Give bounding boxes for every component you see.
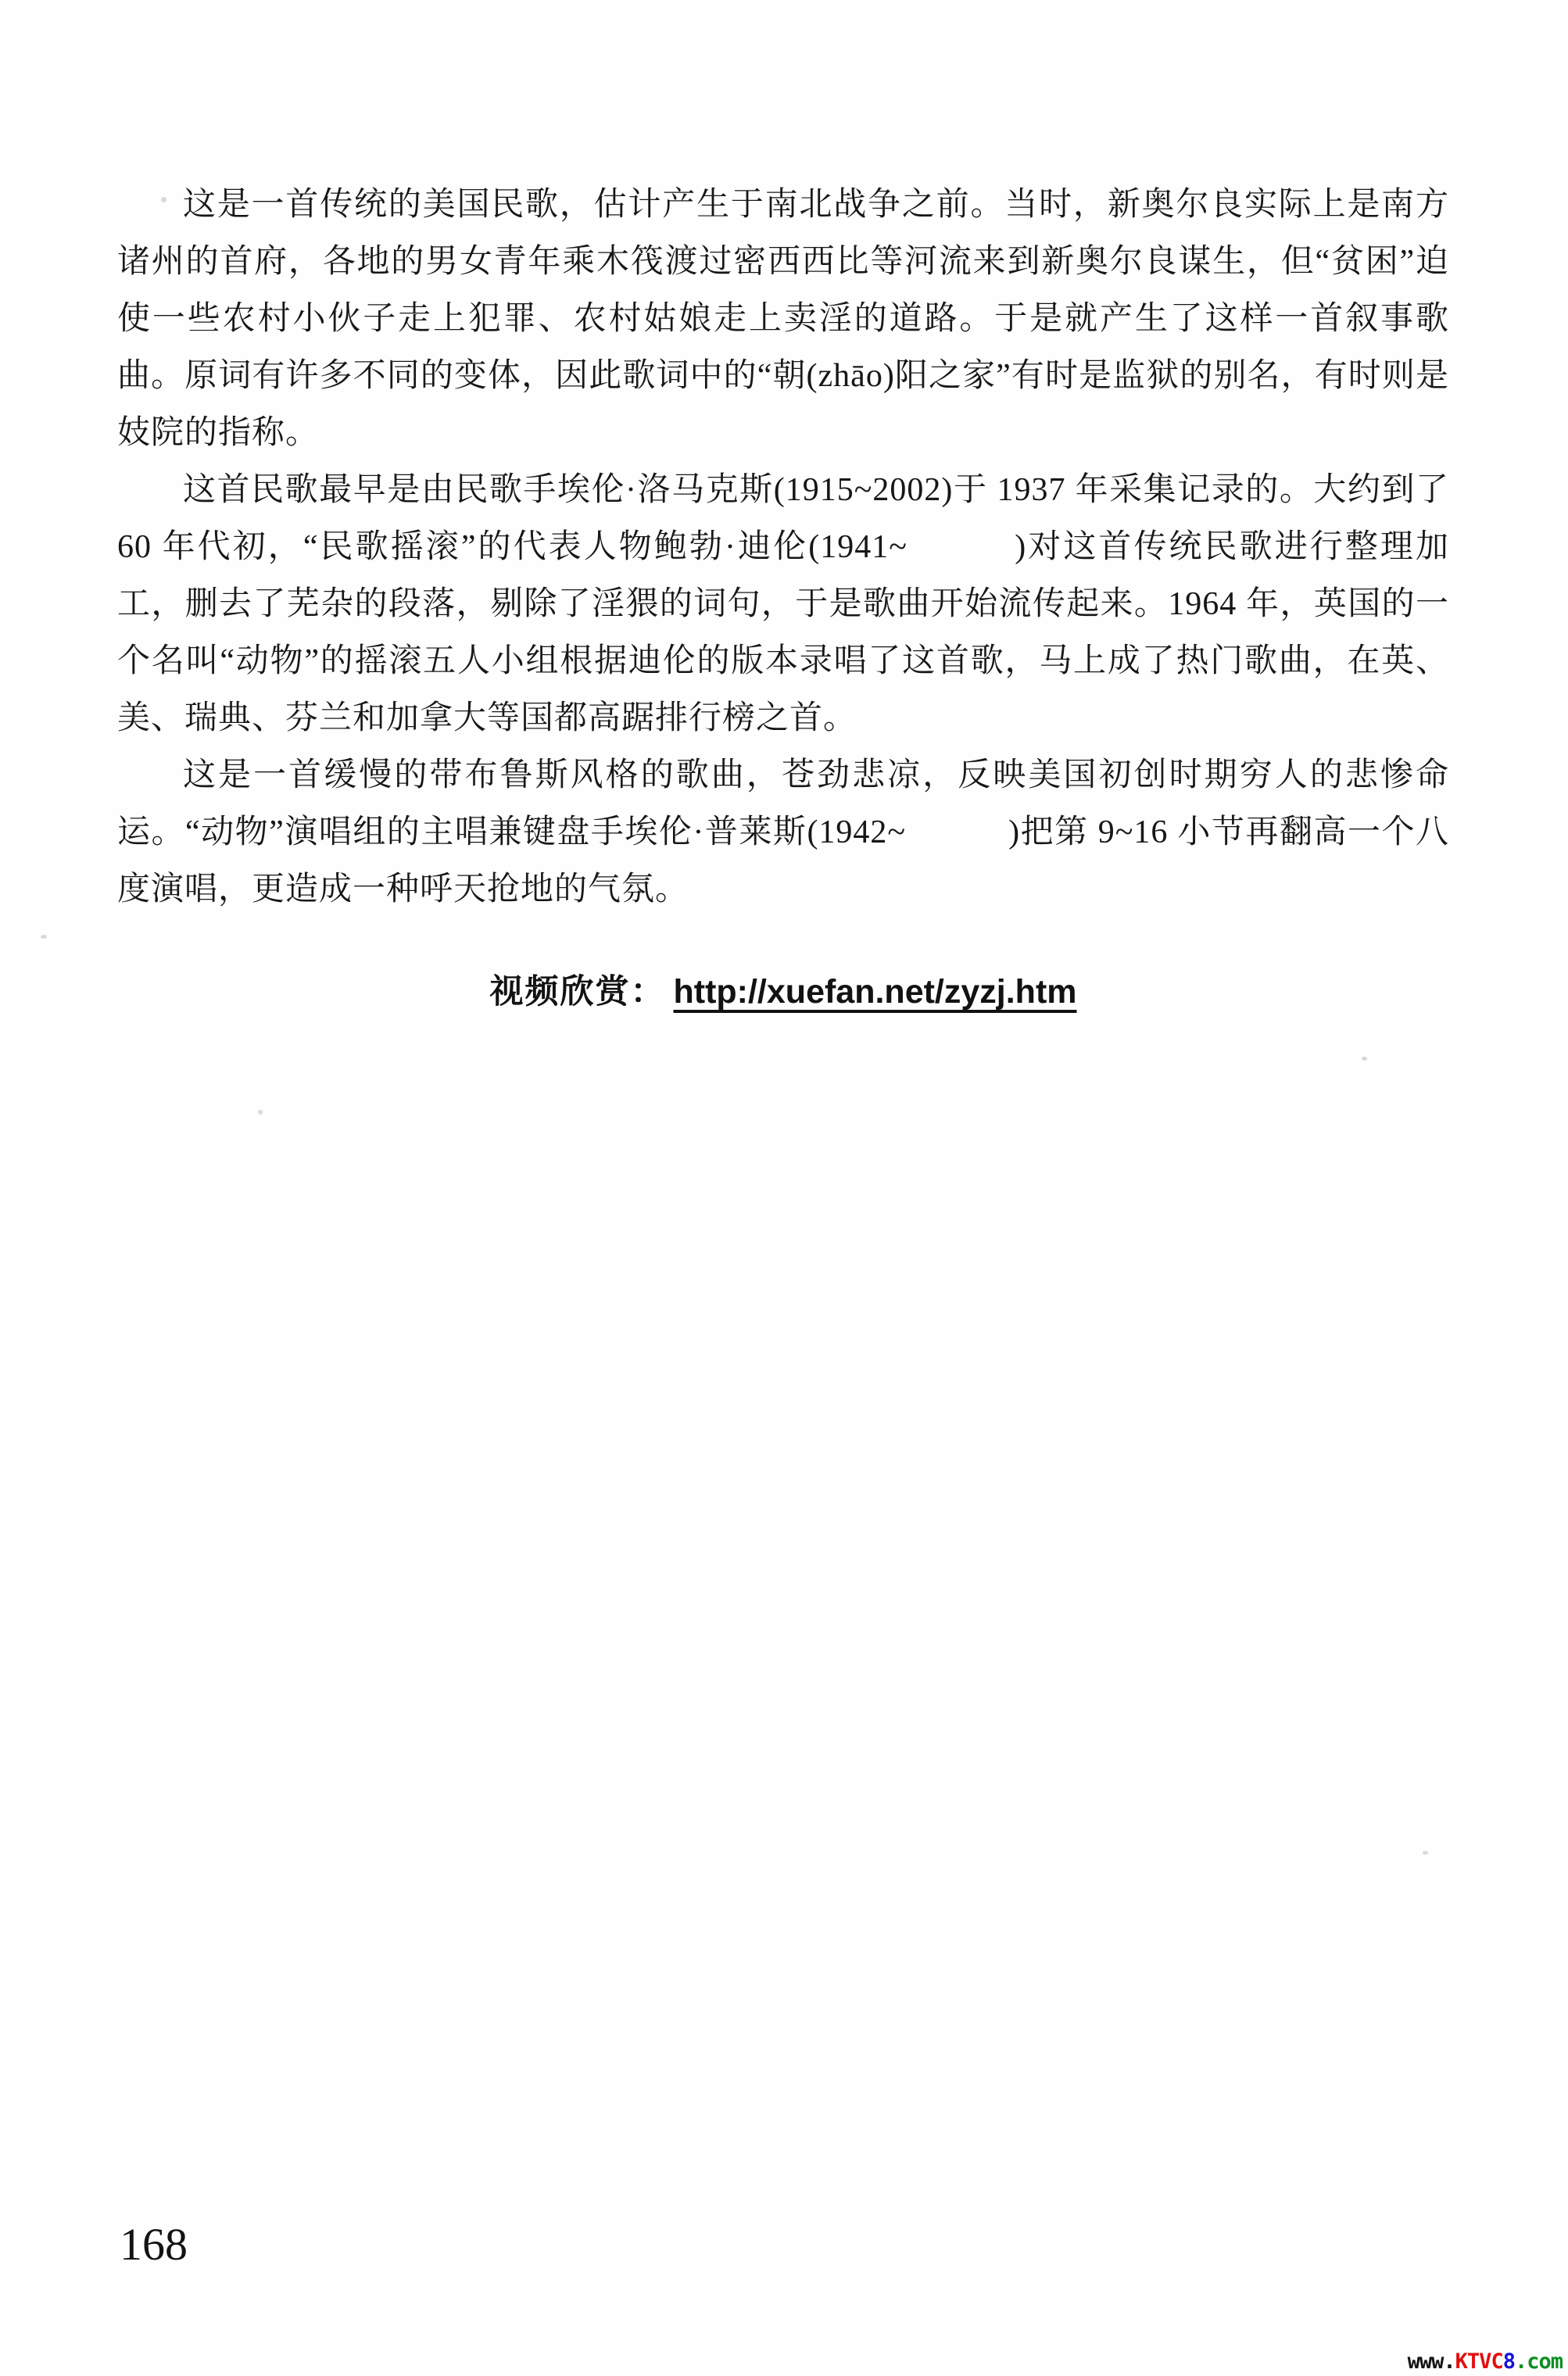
page-number: 168: [120, 2220, 188, 2270]
watermark-segment-com: .com: [1515, 2349, 1563, 2374]
scan-speck: [161, 197, 166, 202]
scan-speck: [258, 1110, 263, 1115]
paragraph-2: 这首民歌最早是由民歌手埃伦·洛马克斯(1915~2002)于 1937 年采集记…: [117, 462, 1449, 747]
watermark-segment-8: 8: [1503, 2349, 1515, 2374]
scan-speck: [1362, 1057, 1367, 1061]
paragraph-1: 这是一首传统的美国民歌，估计产生于南北战争之前。当时，新奥尔良实际上是南方诸州的…: [117, 177, 1449, 462]
scan-speck: [41, 935, 47, 939]
video-label: 视频欣赏：: [490, 973, 666, 1011]
document-page: 这是一首传统的美国民歌，估计产生于南北战争之前。当时，新奥尔良实际上是南方诸州的…: [0, 0, 1568, 2376]
watermark: www.KTVC8.com: [1408, 2350, 1563, 2374]
paragraph-3: 这是一首缓慢的带布鲁斯风格的歌曲，苍劲悲凉，反映美国初创时期穷人的悲惨命运。“动…: [117, 747, 1449, 918]
body-text: 这是一首传统的美国民歌，估计产生于南北战争之前。当时，新奥尔良实际上是南方诸州的…: [117, 177, 1449, 1015]
watermark-segment-www: www.: [1408, 2349, 1455, 2374]
scan-speck: [1423, 1851, 1428, 1855]
video-link-line: 视频欣赏：http://xuefan.net/zyzj.htm: [117, 968, 1449, 1015]
video-url: http://xuefan.net/zyzj.htm: [674, 973, 1077, 1011]
watermark-segment-ktvc: KTVC: [1455, 2349, 1503, 2374]
